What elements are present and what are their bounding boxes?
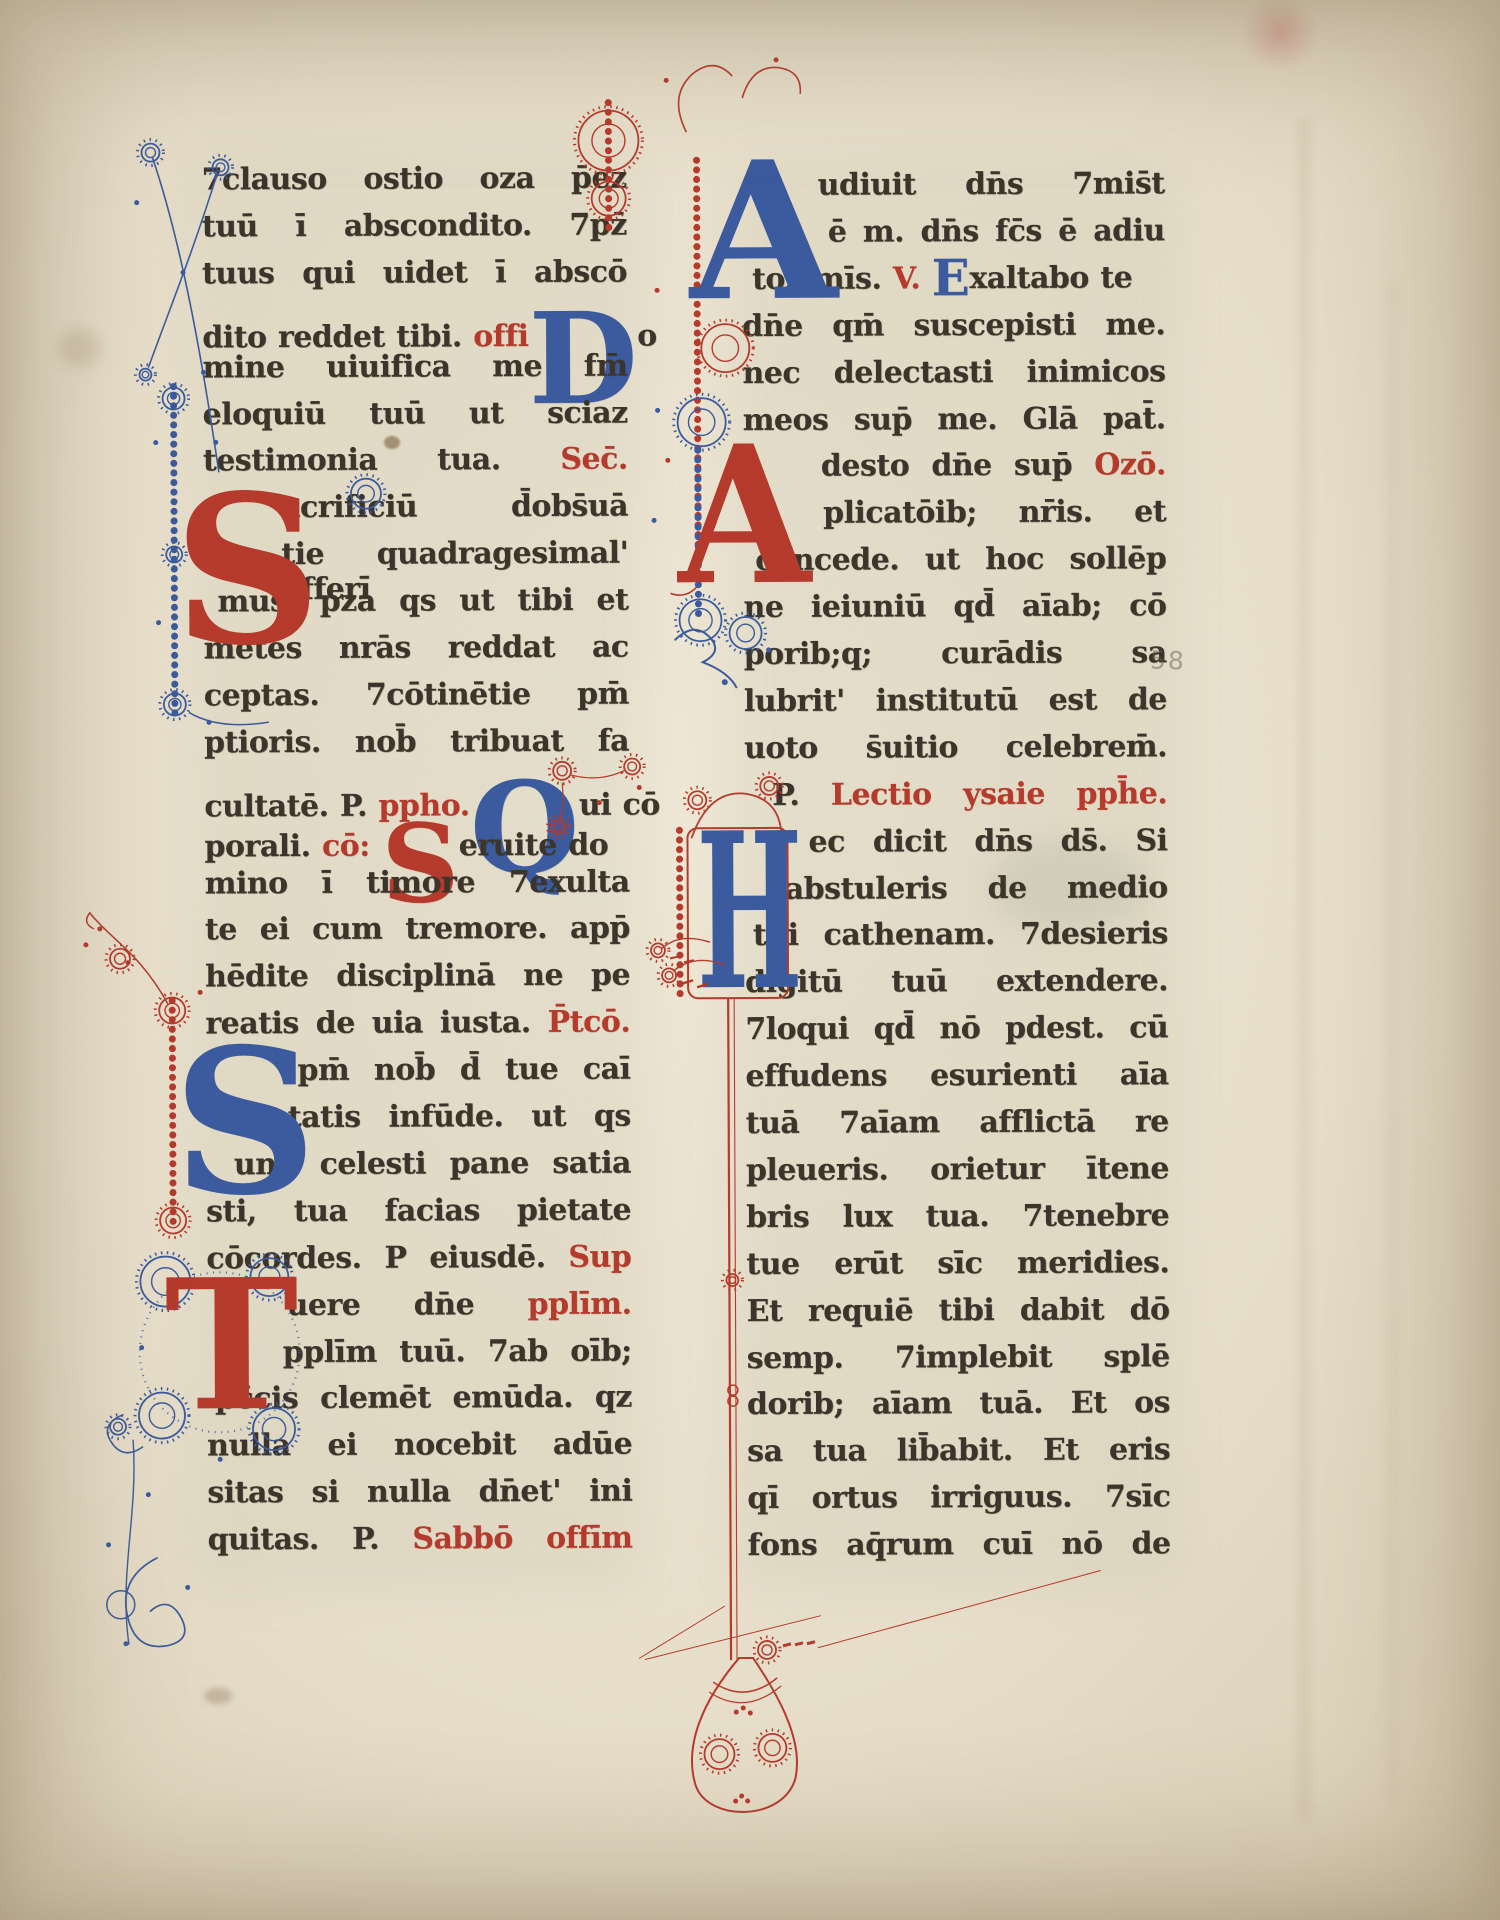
page-vignette [0, 0, 1500, 1920]
manuscript-leaf: { "page": { "kind": "illuminated manuscr… [0, 0, 1500, 1920]
